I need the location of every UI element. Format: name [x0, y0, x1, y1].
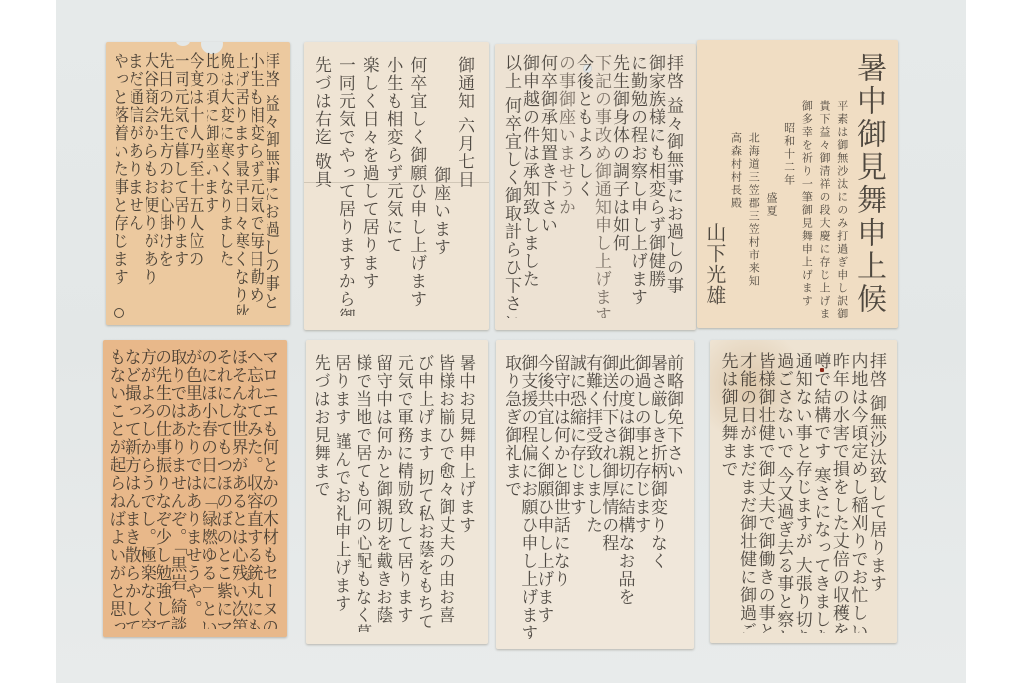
handwritten-text: 御通知 六月七日 御座います 何卒宜しく御願ひ申し上げます 小生も相変らず元気に… — [316, 56, 475, 316]
photo-surface: 拝啓 益々御無事にお過しの事と 小生も相変らず元気で毎日勤め 上げ居ります最早日… — [56, 0, 966, 683]
postcard-4: 暑中御見舞申上候 平素は御無沙汰にのみ打過ぎ申し訳御座いません 貴下益々御清祥の… — [697, 40, 898, 328]
text-column: 今後共宜しく御願ひ申し上げます — [538, 354, 554, 639]
text-column: 御家族様にも相変らず御健勝 — [649, 54, 666, 318]
text-column: 留守中は何かと御親切を戴きお蔭 — [378, 354, 393, 632]
text-column: へ忘れてみた。収容直する銃丸にもな — [248, 348, 263, 629]
text-column: 居ります 謹んでお礼申上げます — [337, 354, 352, 632]
text-column: 内地は今頃定めし稲刈りでお忙しいでせう 今年は — [850, 352, 869, 633]
handwritten-text: 拝啓 益々御無事にお過しの事と 小生も相変らず元気で毎日勤め 上げ居ります最早日… — [116, 52, 280, 315]
text-column: 此の頃に御座います — [207, 52, 220, 315]
text-column: 前略御免下さい — [668, 354, 684, 639]
text-column: 拝啓 益々御無事にお過しの事と — [267, 52, 280, 315]
text-column: もないことが起らねばよいがと思ってゐる。 — [111, 348, 126, 629]
text-column: 平素は御無沙汰にのみ打過ぎ申し訳御座いません — [836, 52, 850, 318]
text-column: 御通知 六月七日 — [459, 56, 475, 316]
postcard-3: 拝啓 益々御無事にお過しの事 御家族様にも相変らず御健勝 に勤勉の程お察し申し上… — [495, 44, 696, 330]
date-line: 昭和十二年 — [783, 52, 797, 318]
text-column: 留守中は何かと御世話になり — [555, 354, 571, 639]
season-label: 盛夏 — [765, 52, 779, 318]
text-column: 下記の事改め御通知申し上げます — [595, 54, 612, 318]
text-column: 先づはお見舞まで — [316, 354, 331, 632]
text-column: 才能の日がまだまだ御壮健に御過ごし — [739, 352, 758, 633]
postcard-2: 御通知 六月七日 御座います 何卒宜しく御願ひ申し上げます 小生も相変らず元気に… — [304, 42, 489, 330]
text-column: 一同元気でやって居りますから御安心下さい — [340, 56, 356, 316]
text-column: 噂で結構です 寒さになってきましたが定めし — [813, 352, 832, 633]
text-column: 暑中お見舞申上げます — [461, 354, 476, 632]
text-column: 誠に恐縮に存じます — [571, 354, 587, 639]
text-column: 過ごさないで 今又過ぎ去る事と察して居ります — [776, 352, 795, 633]
text-column: それにしてもつほのぼのとこ紫にマロニエ — [218, 348, 233, 629]
text-column: 貴下益々御清祥の段大慶に存じ上げます — [818, 52, 832, 318]
text-column: 今後ともよろしく — [577, 54, 594, 318]
text-column: のにほ小春の日に「緑燃ゆる」といふこと — [203, 348, 218, 629]
text-column: 先日の先生方のお心掛けを — [161, 52, 174, 315]
text-column: 今度は十人乃至十五人位の — [191, 52, 204, 315]
text-column: 取り急ぎ御礼まで — [506, 354, 522, 639]
text-column: まだ通信がありません — [131, 52, 144, 315]
torn-edge — [176, 42, 190, 46]
handwritten-text: 前略御免下さい 暑さ厳しき折柄御変りなく 御過しの事と存じます 此の度は御親切に… — [506, 354, 684, 639]
text-column: マロニエも何とかの木材もセーヌの河さ — [264, 348, 279, 629]
text-column: 小生も相変らず元気にて — [388, 56, 404, 316]
text-column: 取りではありませんぞ。「黒岩 綺談 掲げ足 — [172, 348, 187, 629]
text-column: 御支援の程偏にお願ひ申し上げます — [522, 354, 538, 639]
signature: 山下光雄 — [707, 52, 726, 318]
text-column: 有難く拝受致しました — [587, 354, 603, 639]
text-column: 大谷商会からもお便りがあり — [146, 52, 159, 315]
text-column: 方がよろしからうでし。極楽なく空気 — [142, 348, 157, 629]
postcard-1: 拝啓 益々御無事にお過しの事と 小生も相変らず元気で毎日勤め 上げ居ります最早日… — [106, 42, 290, 325]
text-column: 晩は大変に寒くなりました — [222, 52, 235, 315]
text-column: 元気で軍務に精励致して居ります — [399, 354, 414, 632]
handwritten-text: マロニエも何とかの木材もセーヌの河さ へ忘れてみた。収容直する銃丸にもな ほそん… — [111, 348, 279, 629]
seal-mark — [114, 308, 124, 318]
text-column: 上げ居ります最早日々寒くなり秋の — [237, 52, 250, 315]
text-column: が色里あたりではありませうや。 — [187, 348, 202, 629]
text-column: 拝啓 益々御無事にお過しの事 — [667, 54, 684, 318]
postcard-6: 暑中お見舞申上げます 皆様お揃ひで愈々御丈夫の由お喜 び申上げます 扨て私お蔭を… — [306, 340, 488, 644]
text-column: 御申越の件は承知致しました — [523, 54, 540, 318]
text-column: 拝啓 御無沙汰致して居ります — [868, 352, 887, 633]
handwritten-text: 暑中お見舞申上げます 皆様お揃ひで愈々御丈夫の由お喜 び申上げます 扨て私お蔭を… — [316, 354, 476, 632]
text-column: 御過しの事と存じます — [635, 354, 651, 639]
text-column: ほそんな世界があるとは心残い次第なり — [233, 348, 248, 629]
text-column: 以上 何卒宜しく御取計らひ下さい — [505, 54, 522, 318]
text-column: の先生の仕事振りなぞ少し勉強しても — [157, 348, 172, 629]
text-column: 何卒宜しく御願ひ申し上げます — [411, 56, 427, 316]
text-column: 御座います — [435, 56, 451, 316]
text-column: 御多幸を祈り一筆御見舞申上げます — [801, 52, 815, 318]
postcard-8: 拝啓 御無沙汰致して居ります 内地は今頃定めし稲刈りでお忙しいでせう 今年は 昨… — [710, 340, 897, 643]
text-column: 楽しく日々を過して居ります — [364, 56, 380, 316]
text-column: 先は御見舞まで — [720, 352, 739, 633]
address: 高森村村長殿 — [730, 52, 744, 318]
text-column: 御送付下され御厚情の程 — [603, 354, 619, 639]
text-column: び申上げます 扨て私お蔭をもちて — [420, 354, 435, 632]
postcard-7: 前略御免下さい 暑さ厳しき折柄御変りなく 御過しの事と存じます 此の度は御親切に… — [496, 340, 694, 649]
text-column: 暑さ厳しき折柄御変りなく — [652, 354, 668, 639]
text-column: 皆様お揃ひで愈々御丈夫の由お喜 — [441, 354, 456, 632]
text-column: など撮って新方はんまき散らかしてとんで — [126, 348, 141, 629]
text-column: 様で当地で居ても何の心配もなく暮して — [358, 354, 373, 632]
text-column: やっと落着いた事と存じます — [116, 52, 129, 315]
text-column: 小生も相変らず元気で毎日勤め — [252, 52, 265, 315]
text-column: に勤勉の程お察し申し上げます — [631, 54, 648, 318]
text-column: 一同元気で暮して居ります — [176, 52, 189, 315]
greeting-title: 暑中御見舞申上候 — [854, 52, 888, 318]
handwritten-text: 拝啓 益々御無事にお過しの事 御家族様にも相変らず御健勝 に勤勉の程お察し申し上… — [505, 54, 684, 318]
handwritten-text: 拝啓 御無沙汰致して居ります 内地は今頃定めし稲刈りでお忙しいでせう 今年は 昨… — [720, 352, 887, 633]
postcard-5: マロニエも何とかの木材もセーヌの河さ へ忘れてみた。収容直する銃丸にもな ほそん… — [103, 340, 287, 637]
text-column: の事御座いませうか — [559, 54, 576, 318]
text-column: 皆様御壮健で御丈夫で御働きの事と思ひます — [757, 352, 776, 633]
text-column: 何卒御承知置き下さい — [541, 54, 558, 318]
text-column: 先生御身体の調子は如何 — [613, 54, 630, 318]
text-column: 昨年の水害で損をした丈倍の収穫を期待 — [831, 352, 850, 633]
address: 北海道三笠郡三笠村市来知 — [748, 52, 762, 302]
text-column: 此の度は御親切に結構なお品を — [619, 354, 635, 639]
greeting-card-body: 暑中御見舞申上候 平素は御無沙汰にのみ打過ぎ申し訳御座いません 貴下益々御清祥の… — [707, 52, 888, 318]
text-column: 通知ない事と存じますが 大張り切りで一年 — [794, 352, 813, 633]
text-column: 先づは右迄 敬具 — [316, 56, 332, 316]
